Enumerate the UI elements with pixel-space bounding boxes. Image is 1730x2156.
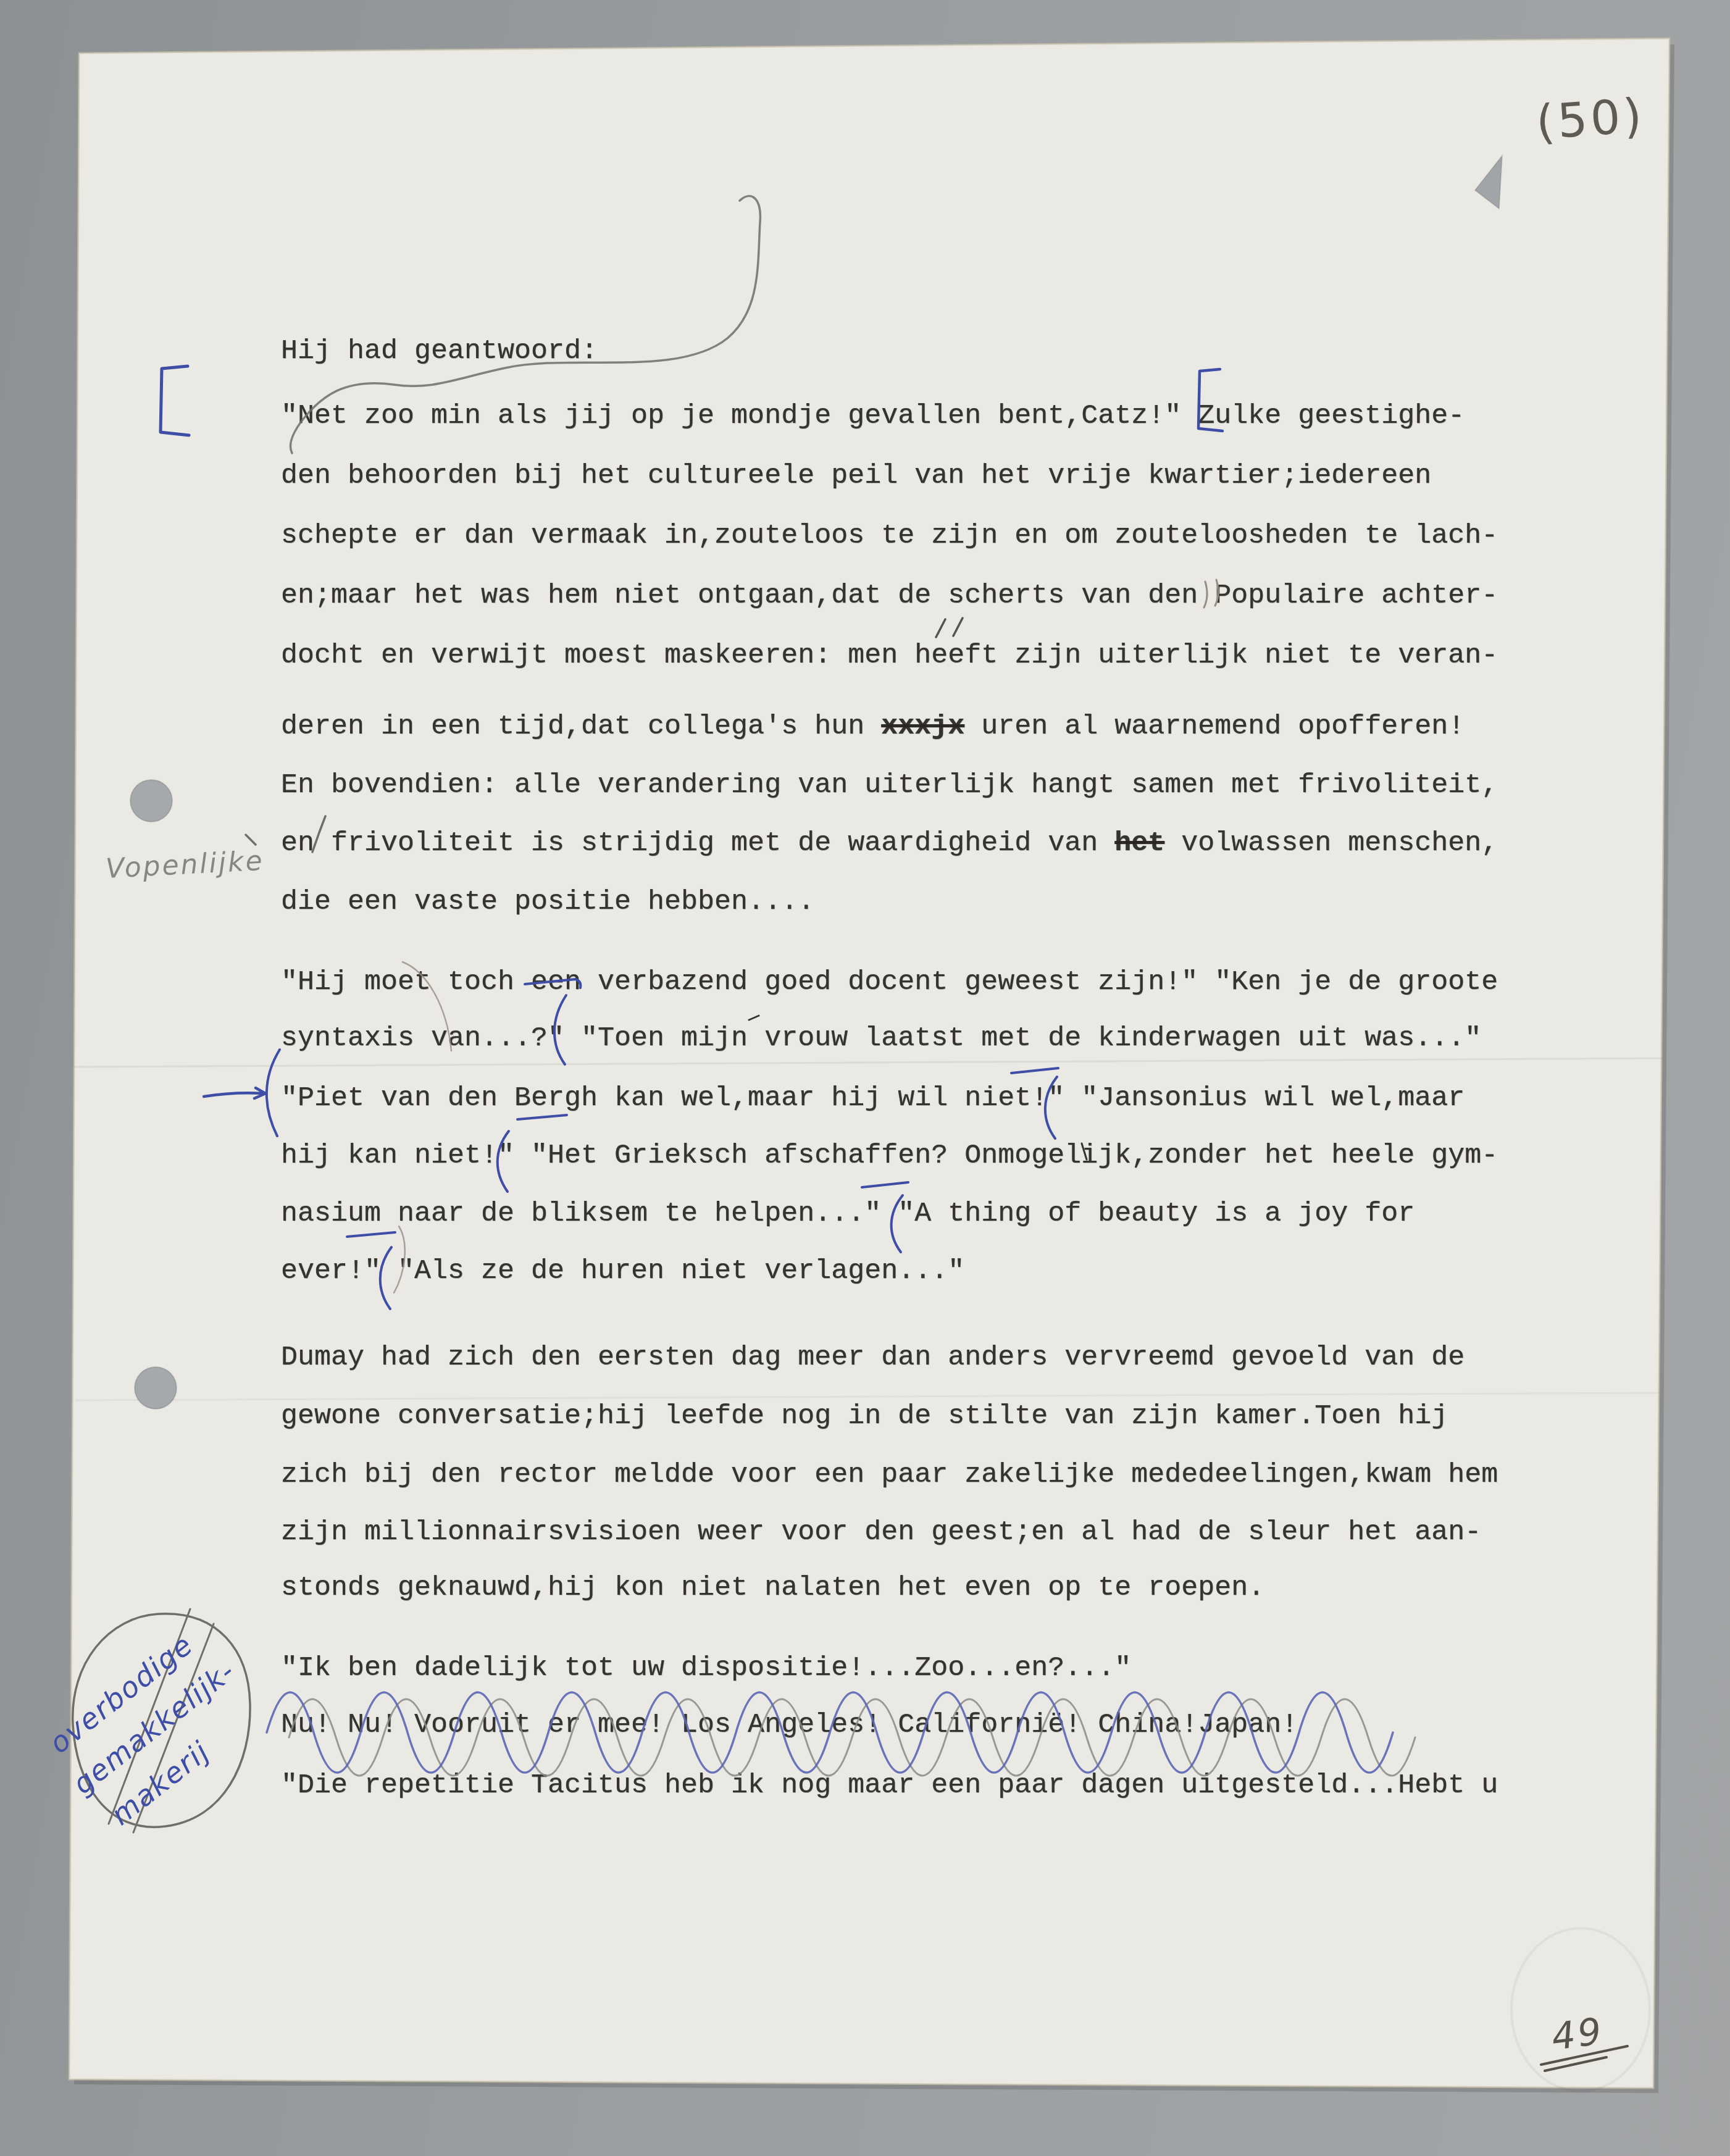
crossout-wave-blue [267, 1692, 1393, 1773]
blue-paragraph-mark-als [380, 1247, 391, 1309]
blue-paragraph-mark-piet [267, 1050, 280, 1136]
circled-note: overbodige gemakkelijk- makerij [43, 1609, 251, 1832]
blue-margin-bracket [161, 366, 189, 435]
blue-paragraph-mark-athing [862, 1182, 908, 1252]
pencil-loop-annotation [290, 196, 760, 453]
pencil-caret-mark [1204, 580, 1218, 608]
crossout-wave-pencil [289, 1699, 1415, 1776]
page-number-pencil: (50) [1534, 88, 1647, 150]
pencil-thin-curve [403, 962, 451, 1051]
blue-paragraph-mark-jansonius [1011, 1068, 1058, 1139]
blue-dash-bergh [517, 1115, 567, 1119]
pencil-ghost-swirl [1511, 1928, 1650, 2091]
blue-paragraph-mark-toen [525, 979, 580, 1064]
ink-overtype-marks [749, 1016, 1087, 1159]
margin-note-pencil: Vopenlijke [105, 845, 265, 885]
blue-dash-naar [347, 1232, 395, 1237]
pencil-accent-marks [936, 618, 963, 637]
pencil-curve-nasium [394, 1226, 405, 1293]
sheet-number-group: 49 [1511, 1928, 1650, 2091]
blue-margin-arrow [204, 1088, 265, 1098]
blue-paragraph-mark-het [498, 1131, 509, 1192]
scanned-manuscript-page: Hij had geantwoord:"Net zoo min als jij … [0, 0, 1730, 2156]
annotation-layer: overbodige gemakkelijk- makerij Vopenlij… [0, 0, 1730, 2156]
blue-inline-bracket [1198, 369, 1222, 431]
